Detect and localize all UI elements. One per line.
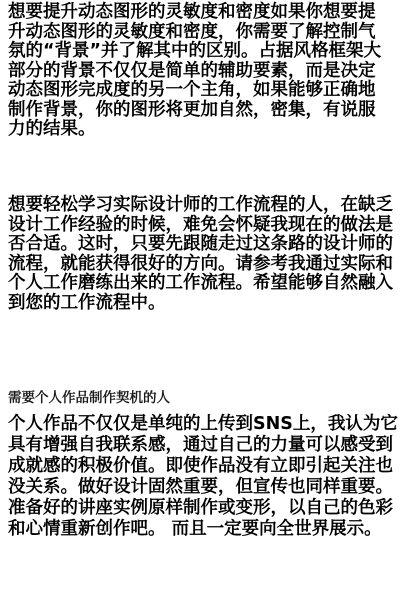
translated-article-page: 想要提升动态图形的灵敏度和密度如果你想要提升动态图形的灵敏度和密度，你需要了解控… (0, 0, 402, 600)
intro-motion-graphics-paragraph: 想要提升动态图形的灵敏度和密度如果你想要提升动态图形的灵敏度和密度，你需要了解控… (8, 3, 386, 140)
section-heading: 需要个人作品制作契机的人 (8, 390, 398, 406)
designer-workflow-paragraph: 想要轻松学习实际设计师的工作流程的人，在缺乏设计工作经验的时候，难免会怀疑我现在… (8, 196, 398, 313)
personal-works-paragraph: 个人作品不仅仅是单纯的上传到SNS上，我认为它具有增强自我联系感，通过自己的力量… (8, 414, 400, 540)
